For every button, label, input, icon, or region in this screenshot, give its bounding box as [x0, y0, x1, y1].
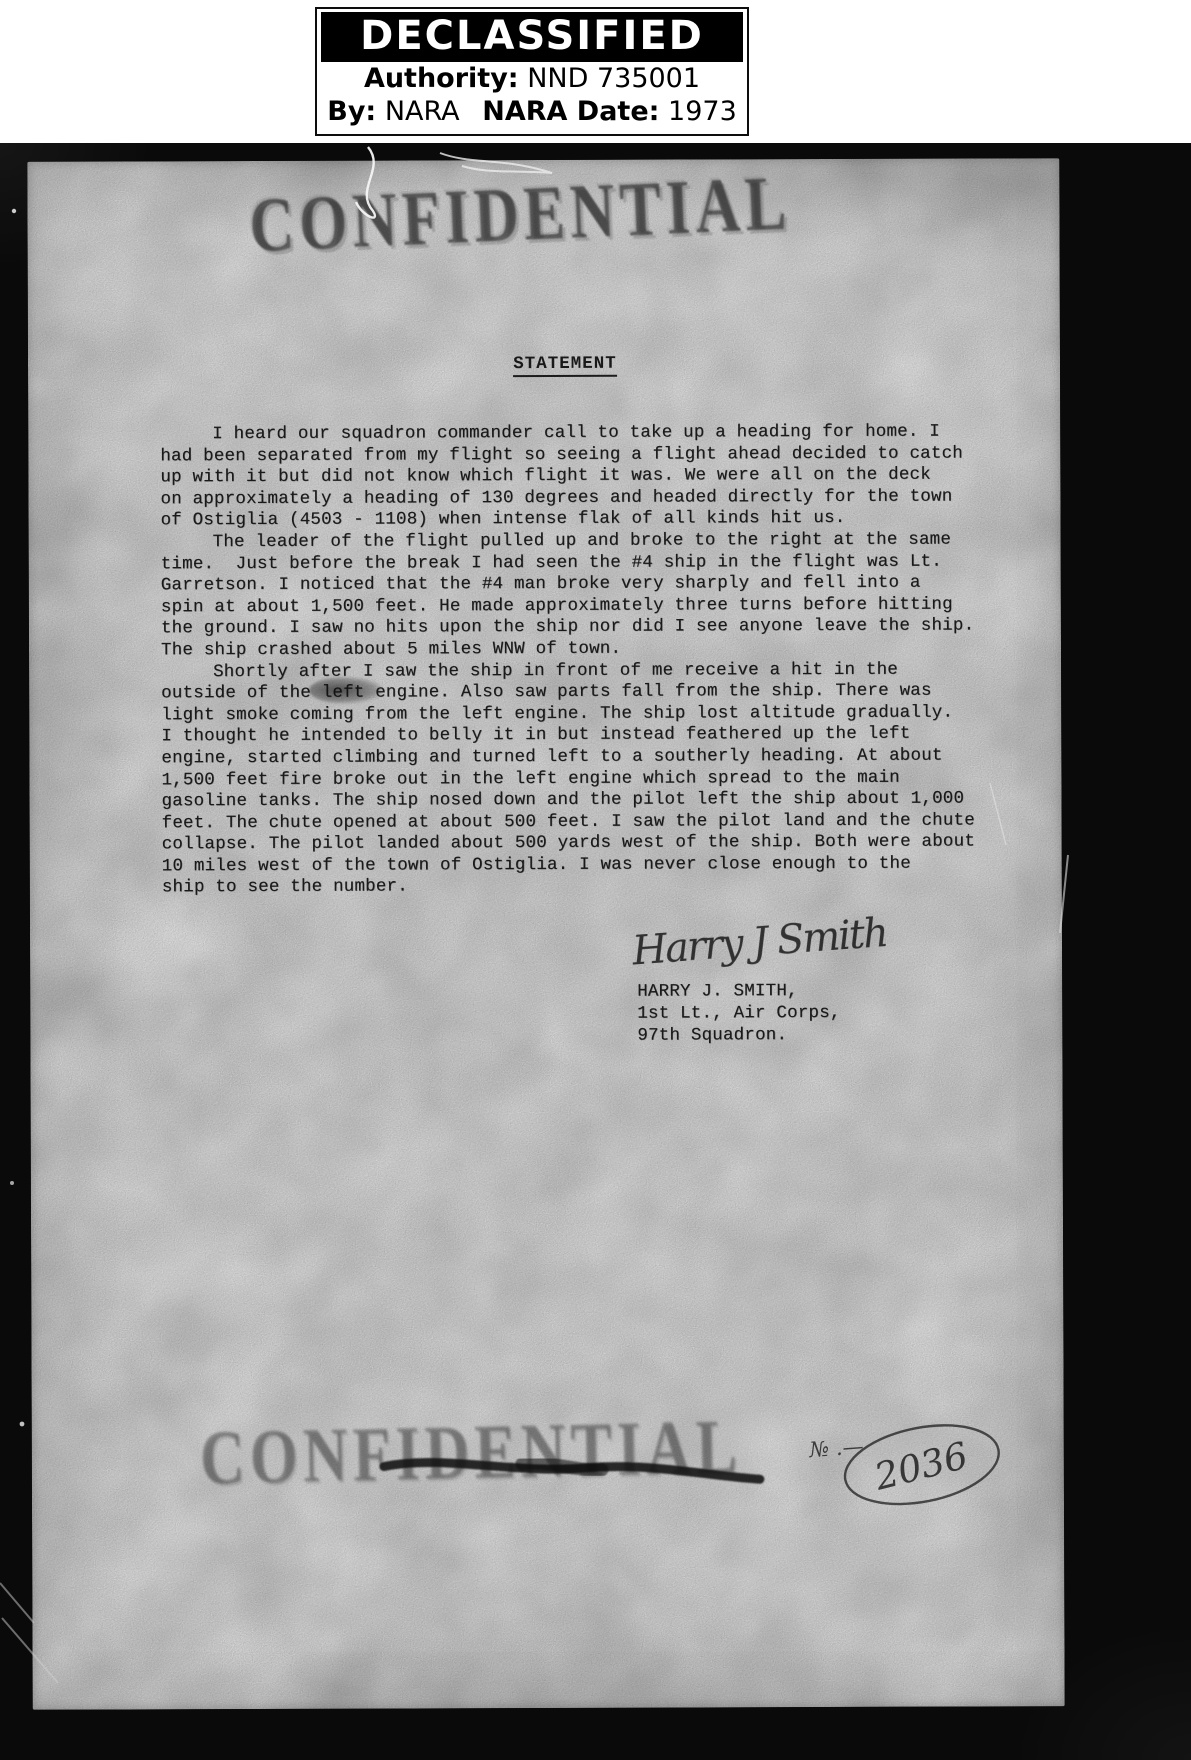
signature-block: HARRY J. SMITH, 1st Lt., Air Corps, 97th… — [637, 981, 841, 1047]
authority-line: Authority: NND 735001 — [321, 63, 743, 95]
document-scan: CONFIDENTIAL STATEMENT I heard our squad… — [0, 143, 1191, 1760]
signature-name-typed: HARRY J. SMITH, — [637, 981, 840, 1004]
signature-unit: 97th Squadron. — [637, 1025, 840, 1048]
paper: CONFIDENTIAL STATEMENT I heard our squad… — [27, 158, 1064, 1710]
dust-speck — [12, 209, 16, 213]
by-label: By: — [327, 96, 376, 127]
by-value: NARA — [385, 96, 460, 127]
number-value: 2036 — [869, 1434, 972, 1499]
dust-speck — [10, 1181, 14, 1185]
declassified-band: DECLASSIFIED Authority: NND 735001 By: N… — [0, 0, 1191, 143]
text-line: gasoline tanks. The ship nosed down and … — [162, 789, 982, 813]
text-line: on approximately a heading of 130 degree… — [160, 486, 980, 510]
nara-date-label: NARA Date: — [482, 96, 659, 127]
authority-label: Authority: — [364, 63, 519, 94]
authority-value: NND 735001 — [527, 63, 700, 94]
ink-smudge — [309, 677, 383, 704]
statement-title: STATEMENT — [160, 353, 970, 376]
declassified-stamp: DECLASSIFIED Authority: NND 735001 By: N… — [315, 7, 749, 136]
text-line: the ground. I saw no hits upon the ship … — [161, 616, 981, 640]
number-label: № .— — [807, 1434, 864, 1462]
text-line: of Ostiglia (4503 - 1108) when intense f… — [161, 508, 981, 532]
text-line: The ship crashed about 5 miles WNW of to… — [161, 637, 981, 661]
number-oval — [838, 1413, 1005, 1516]
number-annotation: № .— 2036 — [792, 1406, 1032, 1527]
confidential-stamp-bottom: CONFIDENTIAL — [199, 1403, 743, 1503]
text-line: collapse. The pilot landed about 500 yar… — [162, 832, 982, 856]
signature-handwritten: Harry J Smith — [631, 910, 889, 975]
text-line: feet. The chute opened at about 500 feet… — [162, 810, 982, 834]
text-line: up with it but did not know which flight… — [160, 465, 980, 489]
text-line: 10 miles west of the town of Ostiglia. I… — [162, 853, 982, 877]
text-line: light smoke coming from the left engine.… — [161, 702, 981, 726]
text-line: ship to see the number. — [162, 875, 982, 899]
declassified-title: DECLASSIFIED — [321, 12, 743, 62]
text-line: I thought he intended to belly it in but… — [161, 724, 981, 748]
statement-title-text: STATEMENT — [513, 354, 617, 377]
text-line: engine, started climbing and turned left… — [161, 745, 981, 769]
text-line: I heard our squadron commander call to t… — [160, 421, 980, 445]
text-line: time. Just before the break I had seen t… — [161, 551, 981, 575]
nara-date-value: 1973 — [668, 96, 737, 127]
signature-rank: 1st Lt., Air Corps, — [637, 1003, 840, 1026]
text-line: Shortly after I saw the ship in front of… — [161, 659, 981, 683]
text-line: The leader of the flight pulled up and b… — [161, 529, 981, 553]
dust-speck — [20, 1422, 25, 1427]
by-line: By: NARA NARA Date: 1973 — [321, 96, 743, 128]
text-line: had been separated from my flight so see… — [160, 443, 980, 467]
confidential-stamp-top: CONFIDENTIAL — [248, 159, 794, 270]
statement-body: I heard our squadron commander call to t… — [160, 421, 982, 899]
text-line: 1,500 feet fire broke out in the left en… — [161, 767, 981, 791]
text-line: outside of the left engine. Also saw par… — [161, 681, 981, 705]
text-line: spin at about 1,500 feet. He made approx… — [161, 594, 981, 618]
text-line: Garretson. I noticed that the #4 man bro… — [161, 573, 981, 597]
